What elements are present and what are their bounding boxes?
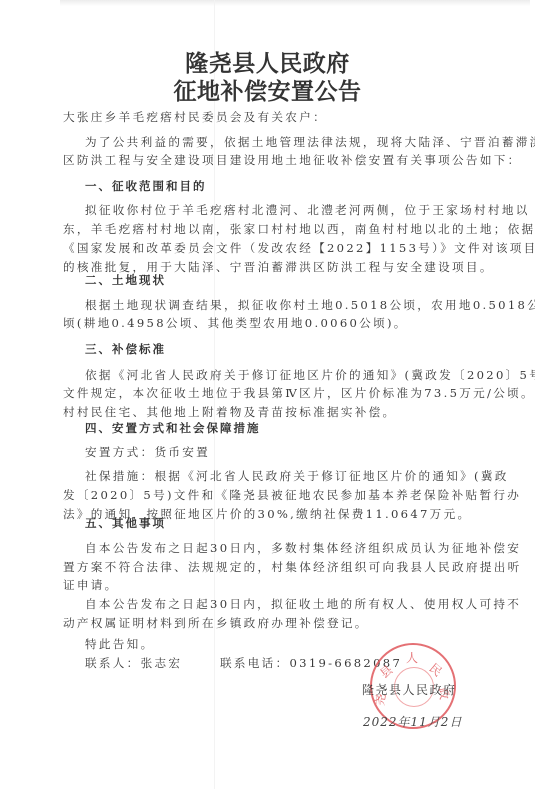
section-2-line: 根据土地现状调查结果，拟征收你村土地0.5018公顷，农用地0.5018公 bbox=[85, 298, 505, 312]
signature-authority: 隆尧县人民政府 bbox=[362, 681, 457, 698]
section-1-line: 拟征收你村位于羊毛疙瘩村北澧河、北澧老河两侧，位于王家场村村地以 bbox=[85, 203, 505, 217]
seal-char: 县 bbox=[376, 661, 396, 682]
section-3-line: 依据《河北省人民政府关于修订征地区片价的通知》(冀政发〔2020〕5号) bbox=[85, 368, 505, 382]
addressee: 大张庄乡羊毛疙瘩村民委员会及有关农户： bbox=[63, 110, 483, 124]
closing: 特此告知。 bbox=[85, 637, 505, 651]
section-1-line: 《国家发展和改革委员会文件（发改农经【2022】1153号）》文件对该项目 bbox=[63, 241, 483, 255]
section-4-line: 发〔2020〕5号)文件和《隆尧县被征地农民参加基本养老保险补贴暂行办 bbox=[63, 488, 483, 502]
seal-char: 人 bbox=[406, 649, 418, 666]
signature-date: 2022年11月2日 bbox=[363, 713, 462, 730]
page-title-line2: 征地补偿安置公告 bbox=[0, 73, 535, 106]
section-heading-2: 二、土地现状 bbox=[85, 273, 505, 287]
scan-top-shadow bbox=[60, 0, 530, 6]
section-4-line: 社保措施：根据《河北省人民政府关于修订征地区片价的通知》(冀政 bbox=[85, 469, 505, 483]
section-heading-1: 一、征收范围和目的 bbox=[85, 179, 505, 193]
section-5-line: 动产权属证明材料到所在乡镇政府办理补偿登记。 bbox=[63, 616, 483, 630]
intro-line: 为了公共利益的需要，依据土地管理法律法规，现将大陆泽、宁晋泊蓄滞洪 bbox=[85, 135, 505, 149]
intro-line: 区防洪工程与安全建设项目建设用地土地征收补偿安置有关事项公告如下： bbox=[63, 153, 483, 167]
section-3-line: 文件规定，本次征收土地位于我县第Ⅳ区片，区片价标准为73.5万元/公顷。农 bbox=[63, 386, 483, 400]
section-5-line: 证申请。 bbox=[63, 578, 483, 592]
section-2-line: 顷(耕地0.4958公顷、其他类型农用地0.0060公顷)。 bbox=[63, 316, 483, 330]
section-heading-4: 四、安置方式和社会保障措施 bbox=[85, 421, 505, 435]
section-1-line: 的核准批复，用于大陆泽、宁晋泊蓄滞洪区防洪工程与安全建设项目。 bbox=[63, 260, 483, 274]
section-5-line: 自本公告发布之日起30日内，多数村集体经济组织成员认为征地补偿安 bbox=[85, 541, 505, 555]
section-1-line: 东，羊毛疙瘩村村地以南，张家口村村地以西，南鱼村村地以北的土地；依据 bbox=[63, 222, 483, 236]
section-5-line: 自本公告发布之日起30日内，拟征收土地的所有权人、使用权人可持不 bbox=[85, 597, 505, 611]
section-heading-5: 五、其他事项 bbox=[85, 516, 505, 530]
section-3-line: 村村民住宅、其他地上附着物及青苗按标准据实补偿。 bbox=[63, 405, 483, 419]
section-4-line: 安置方式：货币安置 bbox=[85, 445, 505, 459]
section-heading-3: 三、补偿标准 bbox=[85, 342, 505, 356]
section-5-line: 置方案不符合法律、法规规定的，村集体经济组织可向我县人民政府提出听 bbox=[63, 560, 483, 574]
